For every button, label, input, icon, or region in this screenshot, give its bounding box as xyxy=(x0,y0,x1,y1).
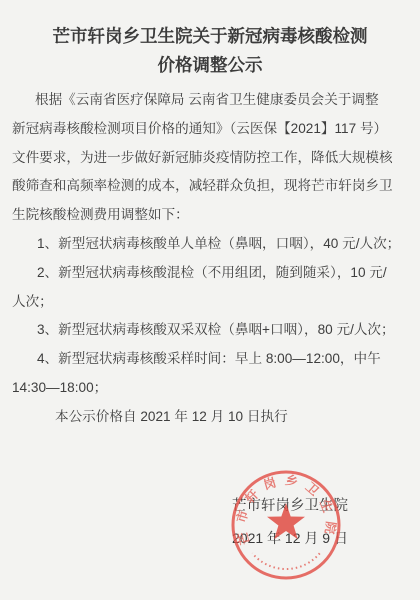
notice-line: 1、新型冠状病毒核酸单人单检（鼻咽，口咽），40 元/人次； xyxy=(12,230,408,259)
notice-line: 2、新型冠状病毒核酸混检（不用组团，随到随采），10 元/ xyxy=(12,259,408,288)
notice-line: 人次； xyxy=(12,288,408,317)
notice-line: 酸筛查和高频率检测的成本，减轻群众负担，现将芒市轩岗乡卫 xyxy=(12,172,408,201)
notice-line: 3、新型冠状病毒核酸双采双检（鼻咽+口咽），80 元/人次； xyxy=(12,316,408,345)
notice-line: 新冠病毒核酸检测项目价格的通知》（云医保【2021】117 号） xyxy=(12,115,408,144)
notice-title-line-1: 芒市轩岗乡卫生院关于新冠病毒核酸检测 xyxy=(12,22,408,51)
star-icon xyxy=(267,503,305,539)
official-seal-stamp: 芒市轩岗乡卫生院 xyxy=(228,467,344,583)
notice-line: 4、新型冠状病毒核酸采样时间：早上 8:00—12:00，中午 xyxy=(12,345,408,374)
notice-body: 根据《云南省医疗保障局 云南省卫生健康委员会关于调整新冠病毒核酸检测项目价格的通… xyxy=(12,86,408,432)
notice-line: 文件要求，为进一步做好新冠肺炎疫情防控工作，降低大规模核 xyxy=(12,144,408,173)
notice-title-line-2: 价格调整公示 xyxy=(12,51,408,80)
notice-line: 根据《云南省医疗保障局 云南省卫生健康委员会关于调整 xyxy=(12,86,408,115)
stamp-serial-dots xyxy=(252,553,319,569)
notice-title: 芒市轩岗乡卫生院关于新冠病毒核酸检测 价格调整公示 xyxy=(12,22,408,80)
notice-line: 14:30—18:00； xyxy=(12,374,408,403)
notice-line: 本公示价格自 2021 年 12 月 10 日执行 xyxy=(12,403,408,432)
notice-document: 芒市轩岗乡卫生院关于新冠病毒核酸检测 价格调整公示 根据《云南省医疗保障局 云南… xyxy=(0,0,420,600)
notice-line: 生院核酸检测费用调整如下： xyxy=(12,201,408,230)
